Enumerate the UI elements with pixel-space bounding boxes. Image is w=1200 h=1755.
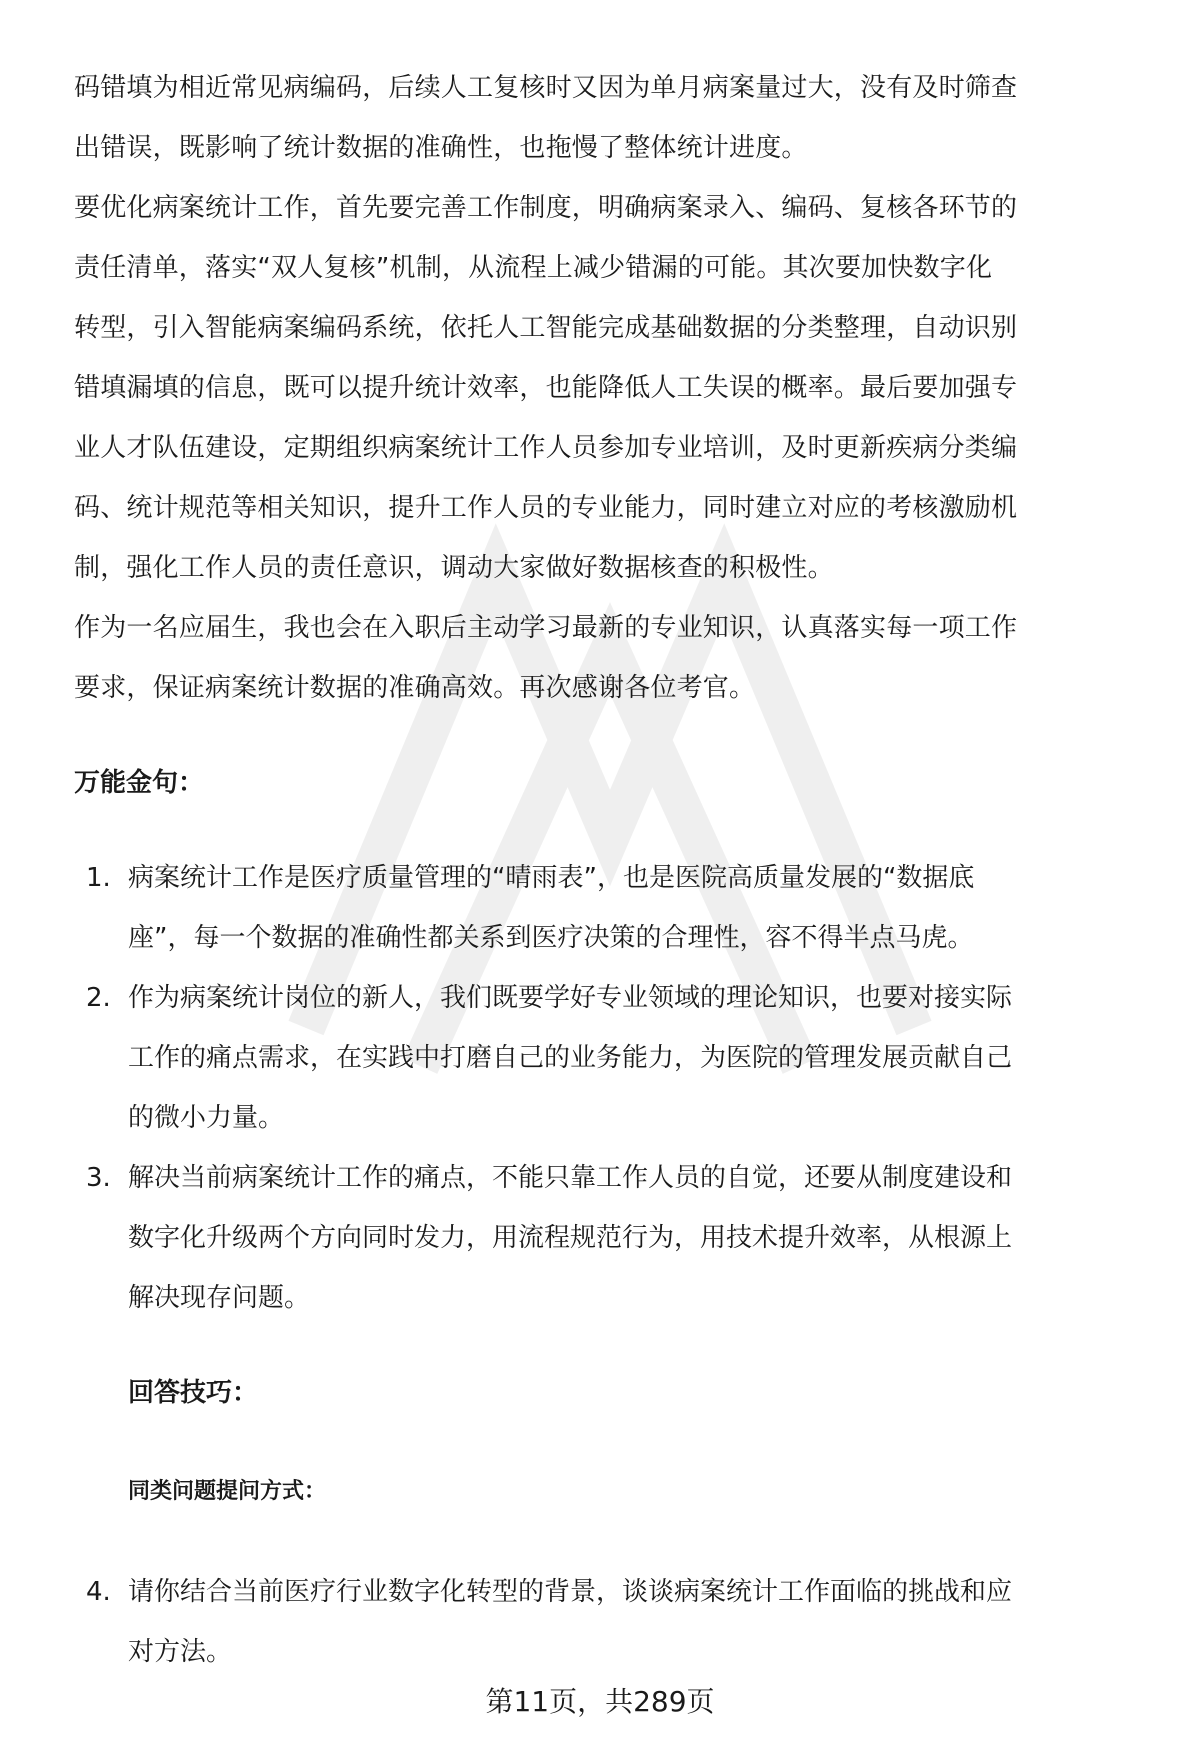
list-number: 2. (86, 968, 111, 1028)
text-line: 请你结合当前医疗行业数字化转型的背景，谈谈病案统计工作面临的挑战和应 (128, 1562, 1154, 1622)
text-line: 错填漏填的信息，既可以提升统计效率，也能降低人工失误的概率。最后要加强专 (74, 358, 1144, 418)
text-line: 要求，保证病案统计数据的准确高效。再次感谢各位考官。 (74, 658, 1144, 718)
body-text: 码错填为相近常见病编码，后续人工复核时又因为单月病案量过大，没有及时筛查 出错误… (74, 58, 1144, 718)
text-line: 业人才队伍建设，定期组织病案统计工作人员参加专业培训，及时更新疾病分类编 (74, 418, 1144, 478)
text-line: 要优化病案统计工作，首先要完善工作制度，明确病案录入、编码、复核各环节的 (74, 178, 1144, 238)
text-line: 制，强化工作人员的责任意识，调动大家做好数据核查的积极性。 (74, 538, 1144, 598)
golden-sentences-heading: 万能金句： (74, 762, 204, 799)
list-item: 2. 作为病案统计岗位的新人，我们既要学好专业领域的理论知识，也要对接实际 工作… (74, 968, 1154, 1148)
text-line: 病案统计工作是医疗质量管理的“晴雨表”，也是医院高质量发展的“数据底 (128, 848, 1154, 908)
paragraph-1: 码错填为相近常见病编码，后续人工复核时又因为单月病案量过大，没有及时筛查 出错误… (74, 58, 1144, 178)
paragraph-3: 作为一名应届生，我也会在入职后主动学习最新的专业知识，认真落实每一项工作 要求，… (74, 598, 1144, 718)
answer-tips-heading: 回答技巧： (128, 1372, 258, 1409)
list-number: 3. (86, 1148, 111, 1208)
text-line: 对方法。 (128, 1622, 1154, 1682)
text-line: 解决现存问题。 (128, 1268, 1154, 1328)
list-item: 3. 解决当前病案统计工作的痛点，不能只靠工作人员的自觉，还要从制度建设和 数字… (74, 1148, 1154, 1328)
page-indicator: 第11页，共289页 (0, 1680, 1200, 1720)
list-number: 1. (86, 848, 111, 908)
similar-questions-list: 4. 请你结合当前医疗行业数字化转型的背景，谈谈病案统计工作面临的挑战和应 对方… (74, 1562, 1154, 1682)
text-line: 的微小力量。 (128, 1088, 1154, 1148)
text-line: 座”，每一个数据的准确性都关系到医疗决策的合理性，容不得半点马虎。 (128, 908, 1154, 968)
golden-sentences-list: 1. 病案统计工作是医疗质量管理的“晴雨表”，也是医院高质量发展的“数据底 座”… (74, 848, 1154, 1328)
similar-questions-subheading: 同类问题提问方式： (128, 1474, 326, 1505)
text-line: 工作的痛点需求，在实践中打磨自己的业务能力，为医院的管理发展贡献自己 (128, 1028, 1154, 1088)
list-item: 4. 请你结合当前医疗行业数字化转型的背景，谈谈病案统计工作面临的挑战和应 对方… (74, 1562, 1154, 1682)
text-line: 码错填为相近常见病编码，后续人工复核时又因为单月病案量过大，没有及时筛查 (74, 58, 1144, 118)
text-line: 作为一名应届生，我也会在入职后主动学习最新的专业知识，认真落实每一项工作 (74, 598, 1144, 658)
text-line: 解决当前病案统计工作的痛点，不能只靠工作人员的自觉，还要从制度建设和 (128, 1148, 1154, 1208)
text-line: 作为病案统计岗位的新人，我们既要学好专业领域的理论知识，也要对接实际 (128, 968, 1154, 1028)
list-item: 1. 病案统计工作是医疗质量管理的“晴雨表”，也是医院高质量发展的“数据底 座”… (74, 848, 1154, 968)
text-line: 出错误，既影响了统计数据的准确性，也拖慢了整体统计进度。 (74, 118, 1144, 178)
text-line: 数字化升级两个方向同时发力，用流程规范行为，用技术提升效率，从根源上 (128, 1208, 1154, 1268)
paragraph-2: 要优化病案统计工作，首先要完善工作制度，明确病案录入、编码、复核各环节的 责任清… (74, 178, 1144, 598)
text-line: 转型，引入智能病案编码系统，依托人工智能完成基础数据的分类整理，自动识别 (74, 298, 1144, 358)
text-line: 码、统计规范等相关知识，提升工作人员的专业能力，同时建立对应的考核激励机 (74, 478, 1144, 538)
list-number: 4. (86, 1562, 111, 1622)
text-line: 责任清单，落实“双人复核”机制，从流程上减少错漏的可能。其次要加快数字化 (74, 238, 1144, 298)
